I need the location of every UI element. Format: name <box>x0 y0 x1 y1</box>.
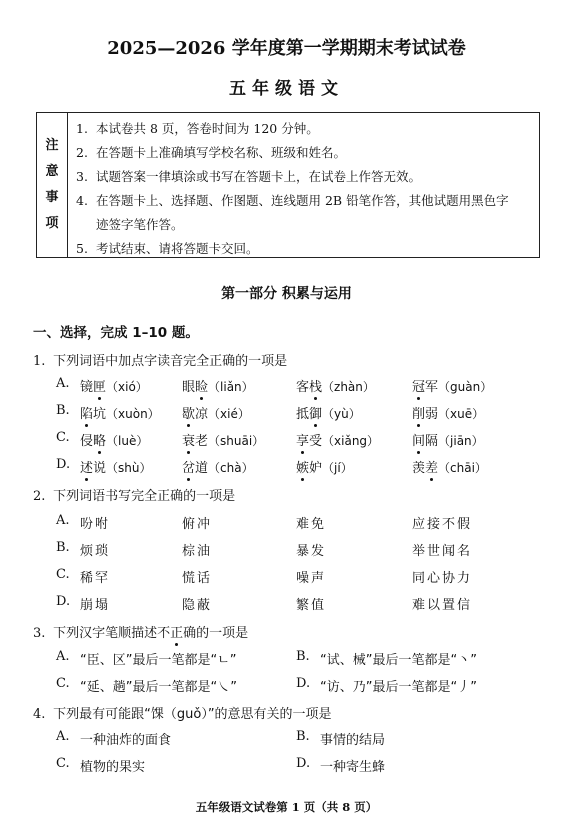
notice-list: 1.本试卷共 8 页，答卷时间为 120 分钟。 2.在答题卡上准确填写学校名称… <box>68 113 539 257</box>
option-label: A. <box>56 376 80 391</box>
option-text: 植物的果实 <box>80 756 145 775</box>
word: 应接不假 <box>412 513 472 532</box>
notice-item-text: 在答题卡上、选择题、作图题、连线题用 2B 铅笔作答，其他试题用黑色字 <box>96 193 509 208</box>
exam-page: 2025—2026 学年度第一学期期末考试试卷 五年级语文 注 意 事 项 1.… <box>0 0 573 822</box>
notice-item: 1.本试卷共 8 页，答卷时间为 120 分钟。 <box>76 117 533 141</box>
option-label: B. <box>296 649 320 664</box>
exam-subtitle: 五年级语文 <box>0 74 573 99</box>
notice-item-number: 3. <box>76 165 96 189</box>
notice-item-number: 1. <box>76 117 96 141</box>
question-text: 下列词语书写完全正确的一项是 <box>53 489 235 504</box>
option-label: D. <box>296 756 320 771</box>
notice-item-number: 5. <box>76 237 96 261</box>
notice-heading: 注 意 事 项 <box>37 113 68 257</box>
option-text: 一种寄生蜂 <box>320 756 385 775</box>
option-label: D. <box>56 457 80 472</box>
word: 噪声 <box>296 567 326 586</box>
option-label: C. <box>56 567 80 582</box>
option-label: C. <box>56 676 80 691</box>
notice-heading-char: 项 <box>45 211 58 237</box>
word: 举世闻名 <box>412 540 472 559</box>
question-4-stem: 4. 下列最有可能跟“馃（guǒ）”的意思有关的一项是 <box>33 703 332 722</box>
word-pinyin-cell: 客栈（zhàn） <box>296 376 375 395</box>
notice-item-text: 在答题卡上准确填写学校名称、班级和姓名。 <box>96 145 346 160</box>
notice-item-continuation: 迹签字笔作答。 <box>76 213 533 237</box>
word: 慌话 <box>182 567 212 586</box>
notice-heading-char: 意 <box>45 159 58 185</box>
word-pinyin-cell: 衰老（shuāi） <box>182 430 264 449</box>
question-text: 下列汉字笔顺描述 <box>53 626 157 641</box>
notice-item: 3.试题答案一律填涂或书写在答题卡上，在试卷上作答无效。 <box>76 165 533 189</box>
word: 崩塌 <box>80 594 110 613</box>
word: 俯冲 <box>182 513 212 532</box>
question-2-stem: 2. 下列词语书写完全正确的一项是 <box>33 485 235 504</box>
word-pinyin-cell: 嫉妒（jí） <box>296 457 353 476</box>
word-pinyin-cell: 陷坑（xuòn） <box>80 403 160 422</box>
option-text: “延、趟”最后一笔都是“㇏” <box>80 676 237 695</box>
word-pinyin-cell: 削弱（xuē） <box>412 403 484 422</box>
question-number: 3. <box>33 626 49 641</box>
word-pinyin-cell: 冠军（guàn） <box>412 376 492 395</box>
word-pinyin-cell: 述说（shù） <box>80 457 152 476</box>
option-label: C. <box>56 430 80 445</box>
word: 隐蔽 <box>182 594 212 613</box>
word-pinyin-cell: 抵御（yù） <box>296 403 361 422</box>
page-footer: 五年级语文试卷第 1 页（共 8 页） <box>0 799 573 815</box>
word: 同心协力 <box>412 567 472 586</box>
exam-title: 2025—2026 学年度第一学期期末考试试卷 <box>0 34 573 60</box>
option-label: B. <box>296 729 320 744</box>
word: 烦琐 <box>80 540 110 559</box>
part-heading: 一、选择，完成 1–10 题。 <box>33 321 199 341</box>
section-title: 第一部分 积累与运用 <box>0 283 573 303</box>
option-label: A. <box>56 729 80 744</box>
word-pinyin-cell: 间隔（jiān） <box>412 430 484 449</box>
question-number: 4. <box>33 707 49 722</box>
word-pinyin-cell: 岔道（chà） <box>182 457 254 476</box>
word: 难以置信 <box>412 594 472 613</box>
option-text: 事情的结局 <box>320 729 385 748</box>
notice-item-text: 试题答案一律填涂或书写在答题卡上，在试卷上作答无效。 <box>96 169 421 184</box>
notice-item-text: 迹签字笔作答。 <box>96 217 184 232</box>
emphasized-text: 不正确 <box>157 626 196 641</box>
question-text: 的一项是 <box>196 626 248 641</box>
notice-heading-char: 注 <box>45 133 58 159</box>
option-text: “试、械”最后一笔都是“丶” <box>320 649 477 668</box>
notice-item-number: 2. <box>76 141 96 165</box>
word-pinyin-cell: 享受（xiǎng） <box>296 430 379 449</box>
word: 稀罕 <box>80 567 110 586</box>
question-1-stem: 1. 下列词语中加点字读音完全正确的一项是 <box>33 350 287 369</box>
notice-item: 2.在答题卡上准确填写学校名称、班级和姓名。 <box>76 141 533 165</box>
question-3-stem: 3. 下列汉字笔顺描述不正确的一项是 <box>33 622 248 641</box>
word: 繁值 <box>296 594 326 613</box>
option-label: A. <box>56 649 80 664</box>
notice-heading-char: 事 <box>45 185 58 211</box>
option-label: B. <box>56 540 80 555</box>
question-text: 下列词语中加点字读音完全正确的一项是 <box>53 354 287 369</box>
option-text: 一种油炸的面食 <box>80 729 171 748</box>
notice-item-text: 考试结束、请将答题卡交回。 <box>96 241 259 256</box>
notice-item: 4.在答题卡上、选择题、作图题、连线题用 2B 铅笔作答，其他试题用黑色字 <box>76 189 533 213</box>
question-text: 下列最有可能跟“馃（guǒ）”的意思有关的一项是 <box>53 707 331 722</box>
notice-item-number: 4. <box>76 189 96 213</box>
option-label: B. <box>56 403 80 418</box>
word: 棕油 <box>182 540 212 559</box>
option-text: “访、乃”最后一笔都是“丿” <box>320 676 477 695</box>
word-pinyin-cell: 眼睑（liǎn） <box>182 376 254 395</box>
notice-item-text: 本试卷共 8 页，答卷时间为 120 分钟。 <box>96 121 319 136</box>
word: 暴发 <box>296 540 326 559</box>
word: 吩咐 <box>80 513 110 532</box>
word: 难免 <box>296 513 326 532</box>
notice-box: 注 意 事 项 1.本试卷共 8 页，答卷时间为 120 分钟。 2.在答题卡上… <box>36 112 540 258</box>
notice-item: 5.考试结束、请将答题卡交回。 <box>76 237 533 261</box>
option-label: C. <box>56 756 80 771</box>
word-pinyin-cell: 羡差（chāi） <box>412 457 487 476</box>
option-label: A. <box>56 513 80 528</box>
option-label: D. <box>56 594 80 609</box>
word-pinyin-cell: 歇凉（xié） <box>182 403 250 422</box>
word-pinyin-cell: 侵略（luè） <box>80 430 148 449</box>
question-number: 2. <box>33 489 49 504</box>
question-number: 1. <box>33 354 49 369</box>
option-label: D. <box>296 676 320 691</box>
word-pinyin-cell: 镜匣（xió） <box>80 376 148 395</box>
option-text: “臣、区”最后一笔都是“ㄴ” <box>80 649 237 668</box>
